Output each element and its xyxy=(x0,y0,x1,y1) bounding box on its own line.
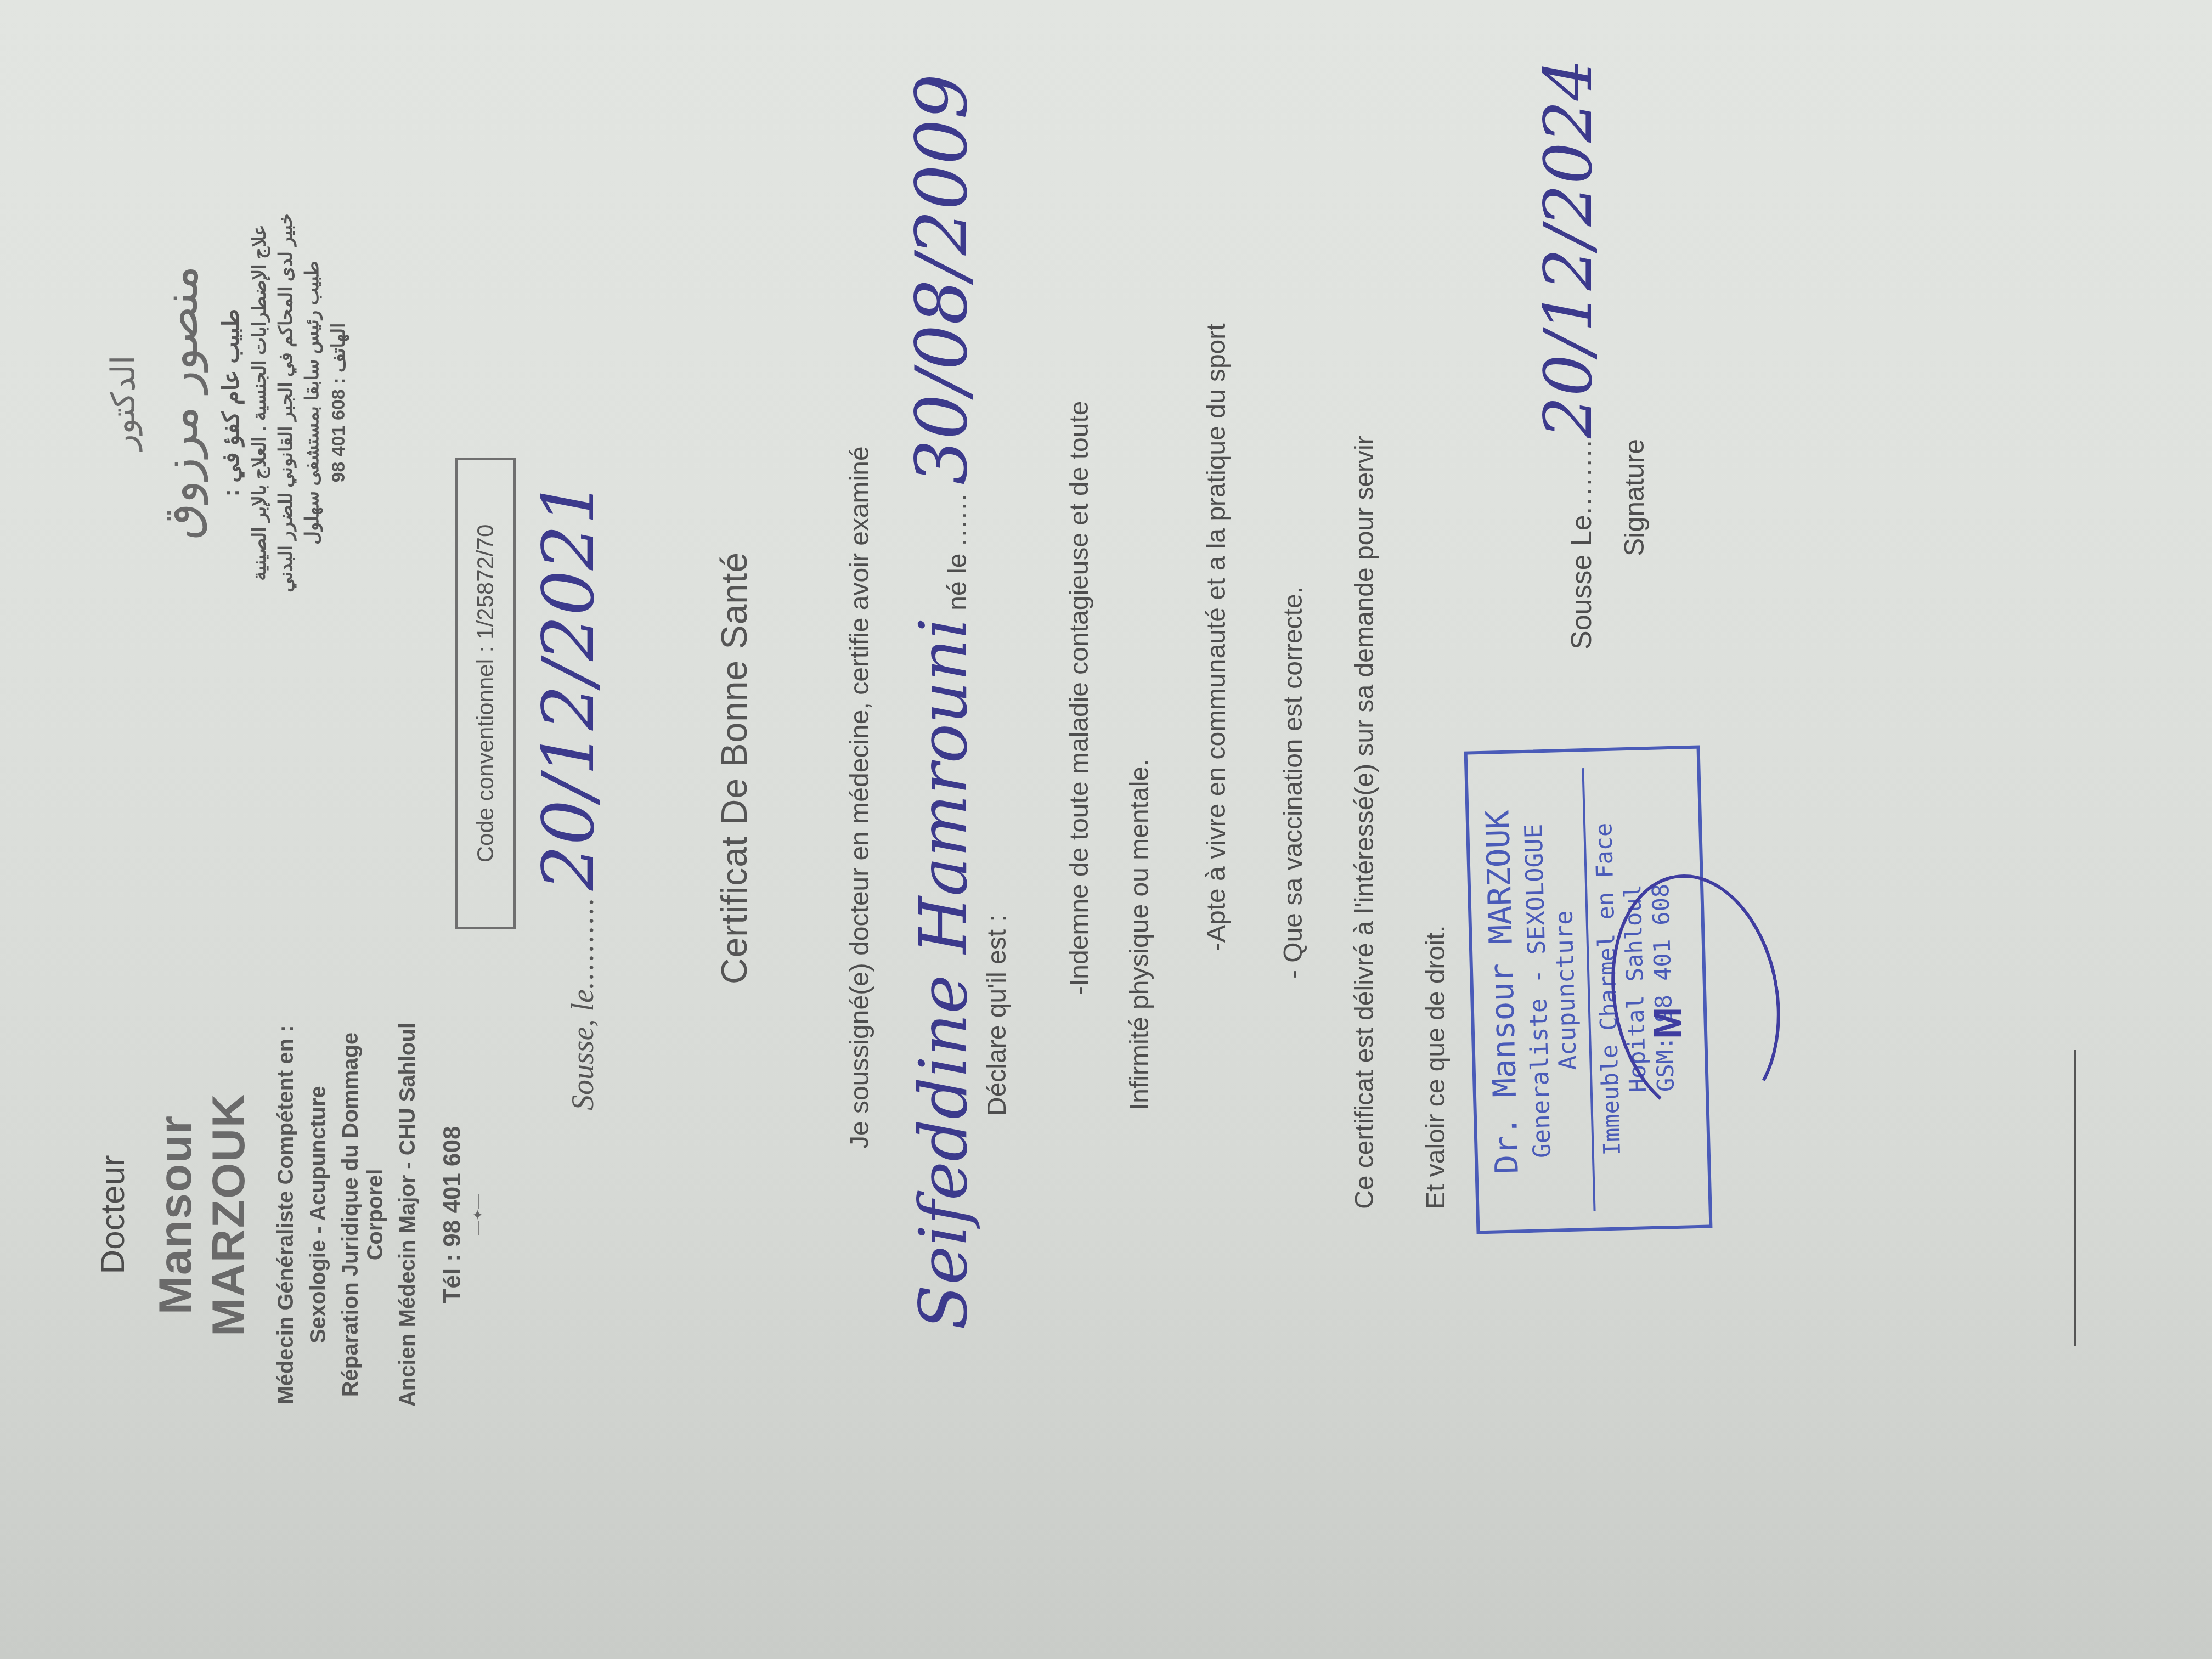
dotted-fill: ...... xyxy=(943,492,972,546)
letterhead-ar-title: الدكتور xyxy=(104,178,143,628)
body-closing-1: Ce certificat est délivré à l'intéressé(… xyxy=(1350,436,1380,1209)
letterhead-line: Réparation Juridique du Dommage Corporel xyxy=(338,1001,388,1429)
body-item-vaccination: - Que sa vaccination est correcte. xyxy=(1278,586,1308,979)
patient-name-handwritten: Seifeddine Hamrouni xyxy=(906,618,982,1330)
letterhead-arabic: الدكتور منصور مرزوق طبيب عام كفؤ في : عل… xyxy=(104,178,349,628)
sign-date-handwritten: 20/12/2024 xyxy=(1531,59,1607,438)
letterhead-ar-line: علاج الإضطرابات الجنسية . العلاج بالإبر … xyxy=(249,178,270,628)
letterhead-french: Docteur Mansour MARZOUK Médecin Générali… xyxy=(93,1001,487,1429)
body-line-declare: Déclare qu'il est : xyxy=(982,915,1012,1116)
body-line-certify: Je soussigné(e) docteur en médecine, cer… xyxy=(845,446,875,1149)
dotted-fill: .......... xyxy=(566,896,600,989)
body-closing-2: Et valoir ce que de droit. xyxy=(1421,925,1451,1209)
sign-date-line: Sousse Le........20/12/2024 xyxy=(1531,59,1607,650)
signature-label: Signature xyxy=(1618,439,1650,556)
birth-date-handwritten: 30/08/2009 xyxy=(900,74,983,485)
letterhead-phone: Tél : 98 401 608 xyxy=(439,1001,466,1429)
issue-date-prefix: Sousse, le xyxy=(566,989,600,1110)
doctor-name-ar: منصور مرزوق xyxy=(154,178,208,628)
letterhead-line: Ancien Médecin Major - CHU Sahloul xyxy=(396,1001,420,1429)
body-line-patient: Seifeddine Hamrouni né le ...... 30/08/2… xyxy=(900,74,983,1330)
letterhead-ar-phone: الهاتف : 608 401 98 xyxy=(328,178,349,628)
body-item-indemne: -Indemne de toute maladie contagieuse et… xyxy=(1064,401,1094,995)
certificate-paper: Docteur Mansour MARZOUK Médecin Générali… xyxy=(0,0,2212,1659)
signature-mark: M xyxy=(1646,1007,1690,1039)
footer-rule xyxy=(2074,1050,2076,1346)
ornament-icon: —✦— xyxy=(470,1001,487,1429)
stamp-name: Dr. Mansour MARZOUK xyxy=(1477,770,1526,1214)
dotted-fill: ........ xyxy=(1566,438,1598,515)
letterhead-ar-line: خبير لدى المحاكم في الجبر القانوني للضرر… xyxy=(275,178,297,628)
doctor-name: Mansour MARZOUK xyxy=(149,1001,255,1429)
letterhead-ar-line: طبيب رئيس سابقا بمستشفى سهلول xyxy=(301,178,323,628)
document-title: Certificat De Bonne Santé xyxy=(713,552,755,984)
body-item-infirmite: Infirmité physique ou mentale. xyxy=(1125,759,1155,1110)
issue-date-line: Sousse, le..........20/12/2021 xyxy=(527,479,610,1110)
letterhead-ar-line: طبيب عام كفؤ في : xyxy=(217,178,244,628)
letterhead-line: Sexologie - Acupuncture xyxy=(306,1001,331,1429)
letterhead-title: Docteur xyxy=(93,1001,132,1429)
body-item-apte: -Apte à vivre en communauté et a la prat… xyxy=(1201,323,1232,951)
letterhead-line: Médecin Généraliste Compétent en : xyxy=(274,1001,298,1429)
born-label: né le xyxy=(943,554,972,611)
issue-date-handwritten: 20/12/2021 xyxy=(527,479,610,890)
sign-date-prefix: Sousse Le xyxy=(1566,515,1598,650)
code-conventionnel-box: Code conventionnel : 1/25872/70 xyxy=(455,458,516,929)
